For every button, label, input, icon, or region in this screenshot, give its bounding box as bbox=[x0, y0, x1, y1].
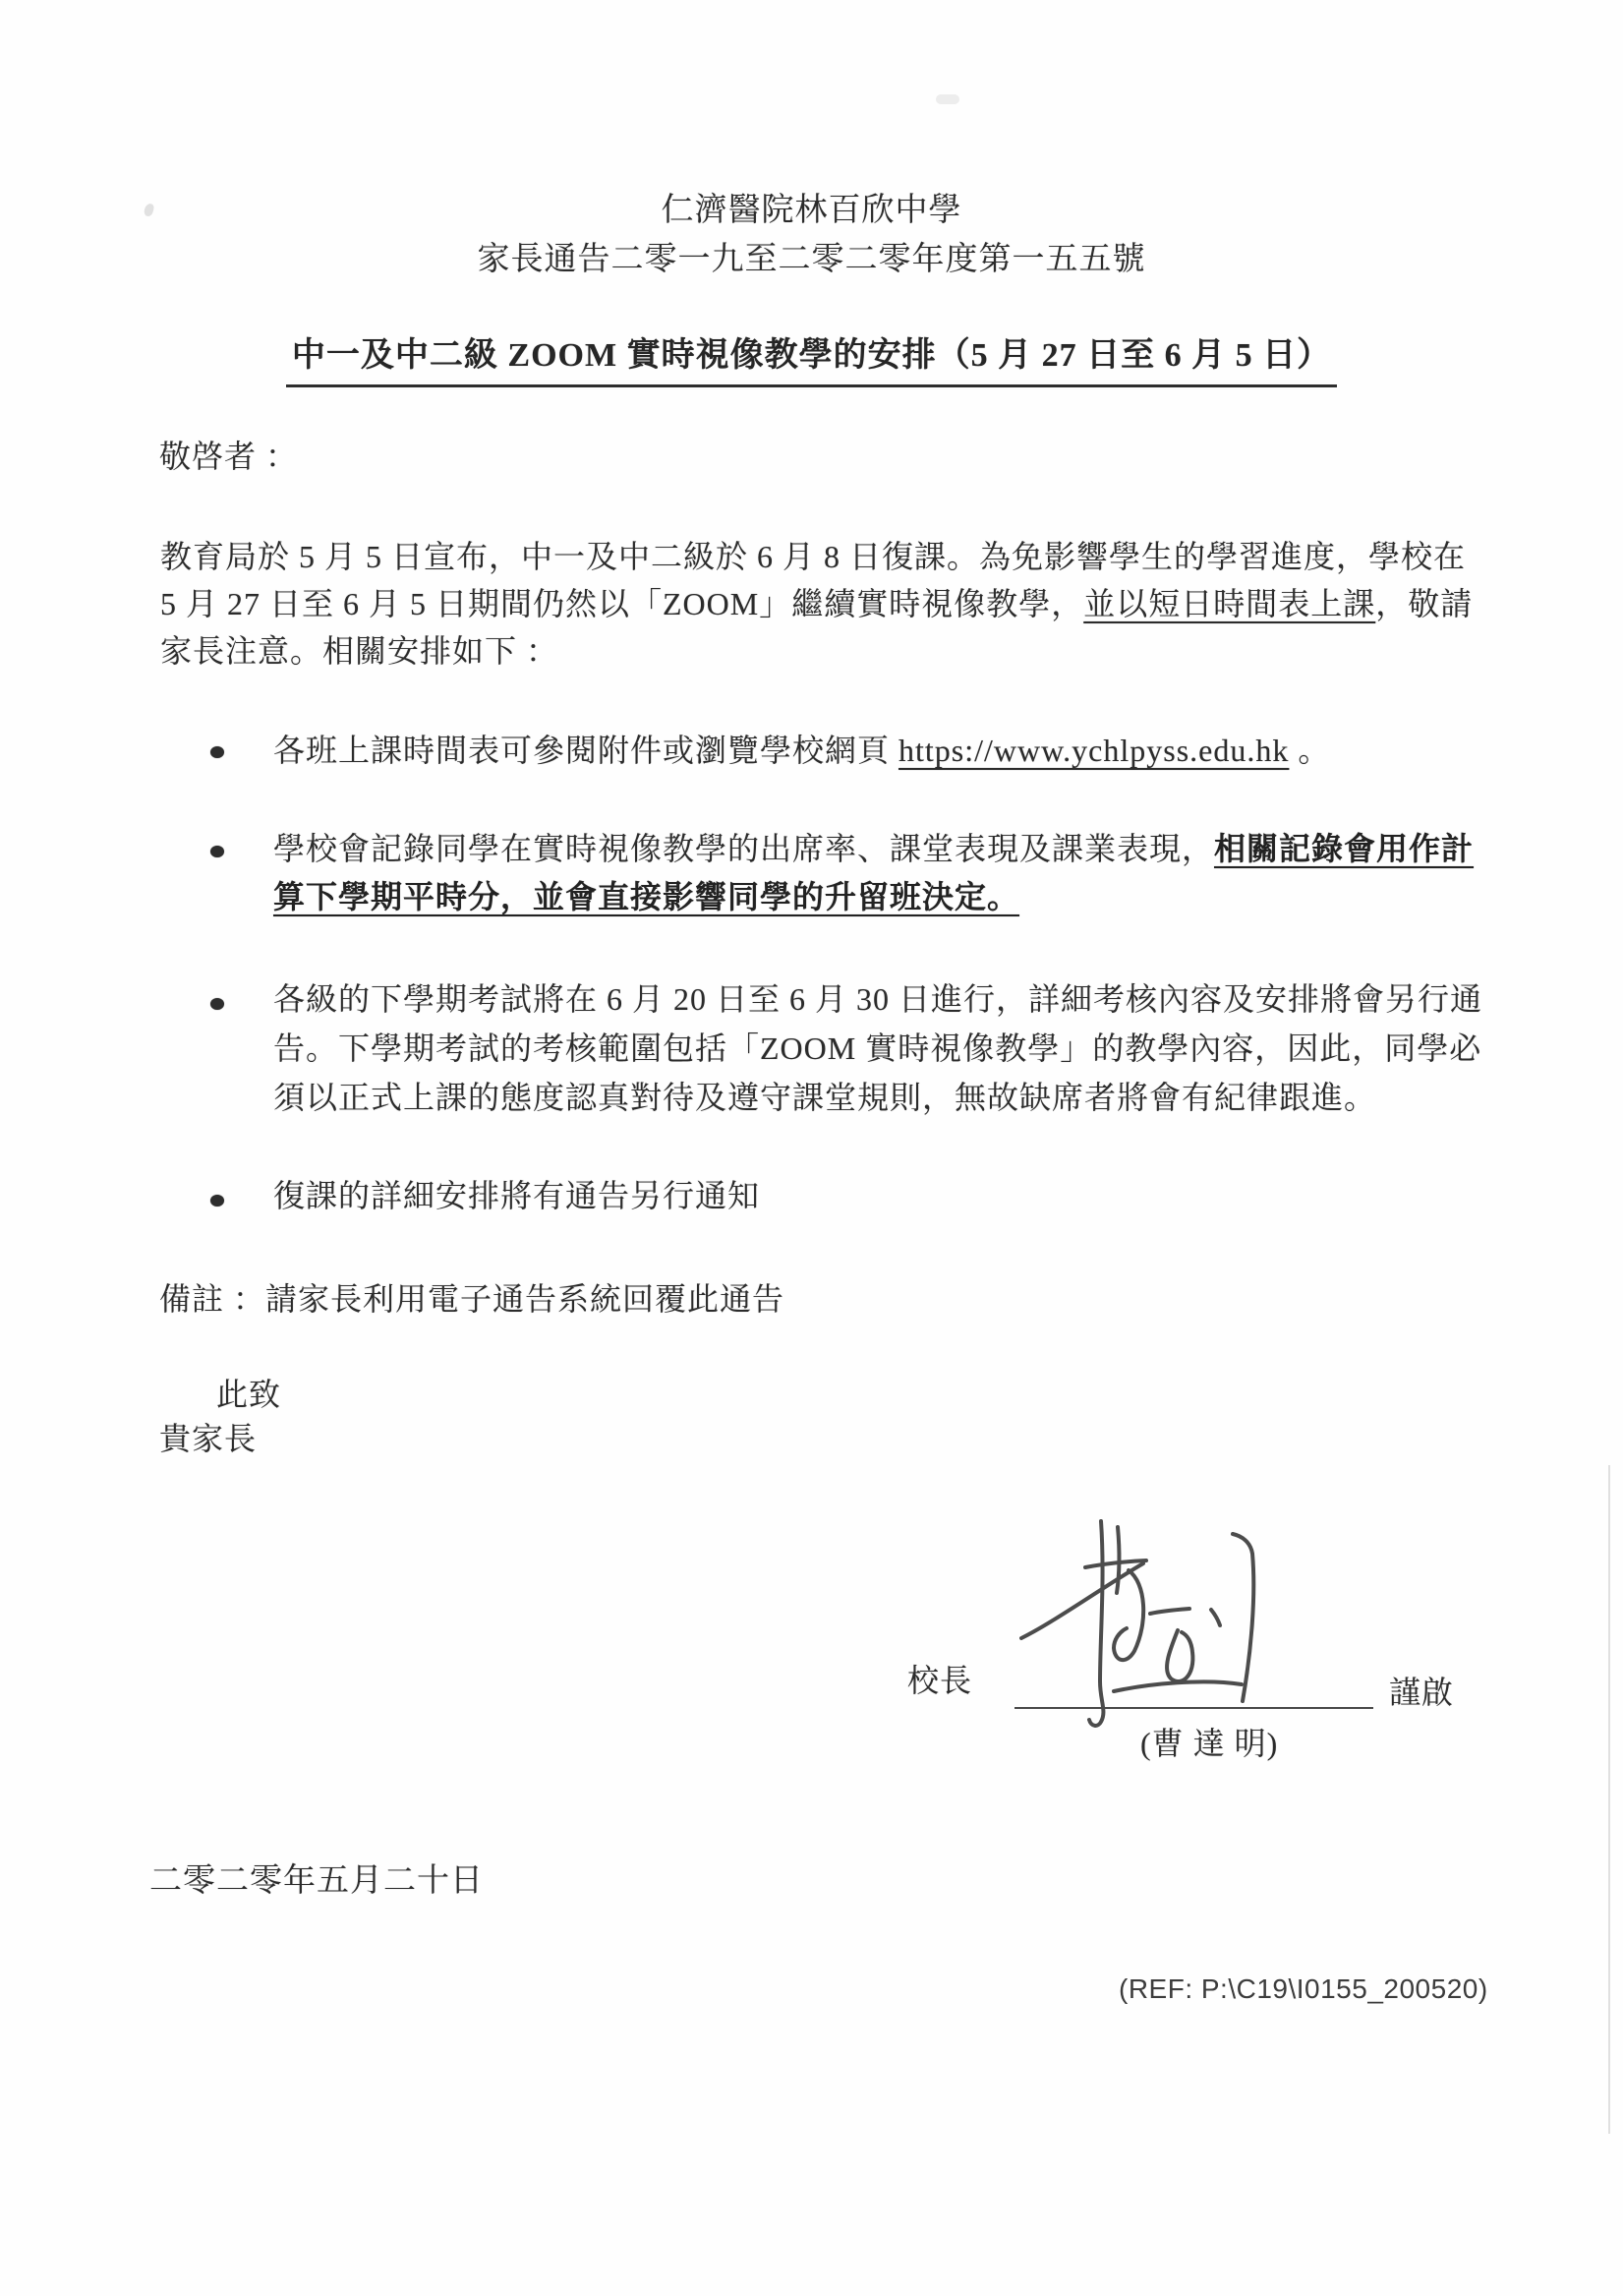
subject-row: 中一及中二級 ZOOM 實時視像教學的安排（5 月 27 日至 6 月 5 日） bbox=[0, 330, 1623, 387]
salutation: 敬啓者 ： bbox=[159, 432, 298, 481]
bullet3-line-2: 告。下學期考試的考核範圍包括「ZOOM 實時視像教學」的教學內容，因此，同學必 bbox=[273, 1024, 1482, 1073]
bullet-item-resumption: 復課的詳細安排將有通告另行通知 bbox=[273, 1171, 760, 1220]
intro-underlined-phrase: 並以短日時間表上課 bbox=[1083, 586, 1375, 621]
bullet-item-records: 學校會記錄同學在實時視像教學的出席率、課堂表現及課業表現，相關記錄會用作計 算下… bbox=[273, 825, 1474, 921]
bullet1-text: 各班上課時間表可參閱附件或瀏覽學校網頁 bbox=[273, 733, 898, 768]
intro-line-3: 家長注意。相關安排如下 ： bbox=[160, 626, 558, 676]
subject-title: 中一及中二級 ZOOM 實時視像教學的安排（5 月 27 日至 6 月 5 日） bbox=[286, 331, 1337, 387]
bullet2-emphasis-end: 算下學期平時分，並會直接影響同學的升留班決定。 bbox=[273, 879, 1019, 914]
notice-number: 家長通告二零一九至二零二零年度第一五五號 bbox=[0, 235, 1623, 284]
school-name: 仁濟醫院林百欣中學 bbox=[0, 186, 1623, 235]
bullet-icon bbox=[210, 1195, 224, 1207]
signature-suffix: 謹啟 bbox=[1389, 1668, 1454, 1717]
notice-date: 二零二零年五月二十日 bbox=[149, 1856, 484, 1906]
bullet1-tail: 。 bbox=[1289, 733, 1330, 768]
bullet-item-exam: 各級的下學期考試將在 6 月 20 日至 6 月 30 日進行，詳細考核內容及安… bbox=[273, 974, 1482, 1122]
principal-name: (曹 達 明) bbox=[1140, 1719, 1278, 1768]
scan-edge-line bbox=[1608, 1465, 1610, 2134]
bullet2-line-1: 學校會記錄同學在實時視像教學的出席率、課堂表現及課業表現，相關記錄會用作計 bbox=[273, 825, 1474, 873]
intro-line-2-text: 5 月 27 日至 6 月 5 日期間仍然以「ZOOM」繼續實時視像教學， bbox=[160, 586, 1083, 621]
file-reference: (REF: P:\C19\I0155_200520) bbox=[1119, 1965, 1488, 2014]
bullet2-plain: 學校會記錄同學在實時視像教學的出席率、課堂表現及課業表現， bbox=[273, 831, 1214, 866]
closing-word: 此致 bbox=[216, 1370, 281, 1419]
bullet2-line-2: 算下學期平時分，並會直接影響同學的升留班決定。 bbox=[273, 873, 1474, 921]
scanned-notice-page: 仁濟醫院林百欣中學 家長通告二零一九至二零二零年度第一五五號 中一及中二級 ZO… bbox=[0, 0, 1623, 2296]
bullet3-line-3: 須以正式上課的態度認真對待及遵守課堂規則，無故缺席者將會有紀律跟進。 bbox=[273, 1073, 1482, 1122]
intro-line-1: 教育局於 5 月 5 日宣布，中一及中二級於 6 月 8 日復課。為免影響學生的… bbox=[160, 532, 1466, 581]
bullet2-emphasis-start: 相關記錄會用作計 bbox=[1214, 831, 1474, 866]
signature-role-label: 校長 bbox=[907, 1656, 972, 1705]
bullet-icon bbox=[210, 746, 224, 758]
closing-recipient: 貴家長 bbox=[159, 1414, 257, 1463]
signature-line bbox=[1014, 1707, 1373, 1709]
remark-line: 備註 ：請家長利用電子通告系統回覆此通告 bbox=[159, 1274, 784, 1324]
intro-line-2: 5 月 27 日至 6 月 5 日期間仍然以「ZOOM」繼續實時視像教學，並以短… bbox=[160, 579, 1473, 628]
scan-smudge bbox=[936, 94, 959, 104]
intro-line-2-tail: ，敬請 bbox=[1375, 586, 1473, 621]
bullet-item-timetable: 各班上課時間表可參閱附件或瀏覽學校網頁 https://www.ychlpyss… bbox=[273, 726, 1330, 775]
bullet-icon bbox=[210, 998, 224, 1010]
principal-signature bbox=[993, 1509, 1278, 1740]
bullet-icon bbox=[210, 846, 224, 857]
bullet3-line-1: 各級的下學期考試將在 6 月 20 日至 6 月 30 日進行，詳細考核內容及安… bbox=[273, 974, 1482, 1024]
school-website-url: https://www.ychlpyss.edu.hk bbox=[898, 733, 1289, 768]
